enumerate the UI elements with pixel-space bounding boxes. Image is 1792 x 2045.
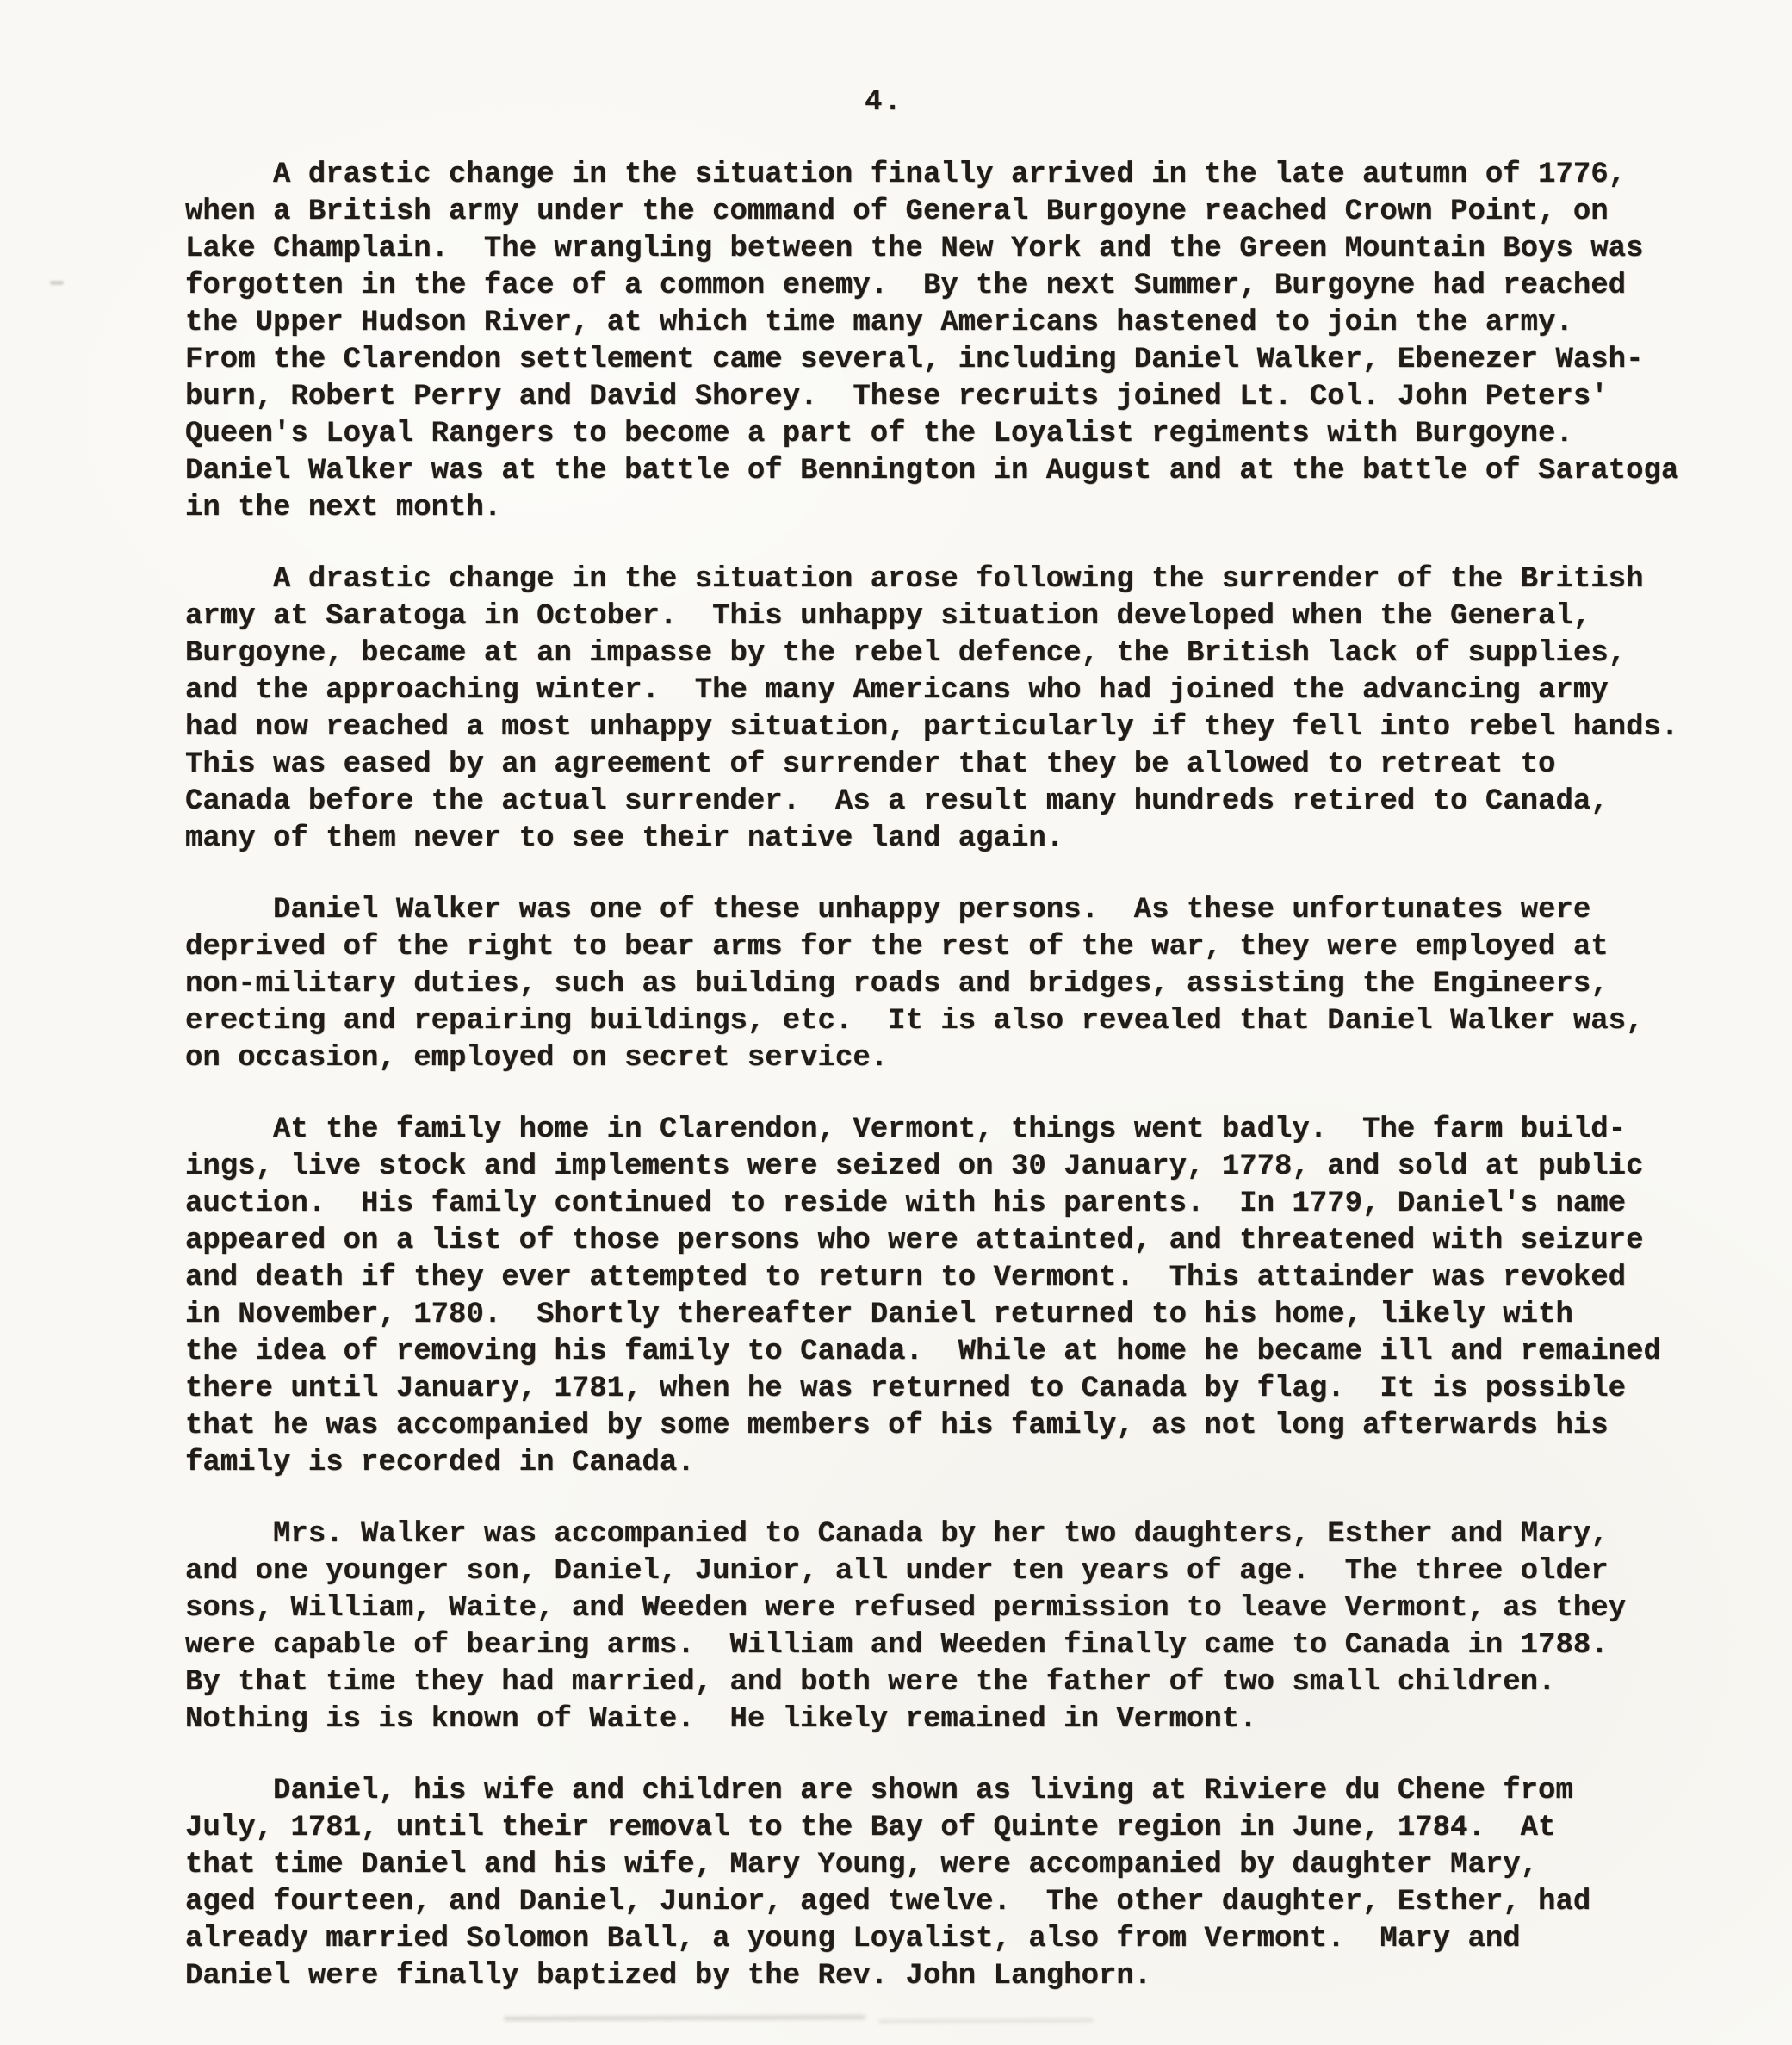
- text-line: deprived of the right to bear arms for t…: [185, 929, 1727, 966]
- text-line: that time Daniel and his wife, Mary Youn…: [185, 1847, 1727, 1884]
- text-line: the idea of removing his family to Canad…: [185, 1334, 1727, 1371]
- text-line: forgotten in the face of a common enemy.…: [185, 268, 1727, 305]
- text-line: there until January, 1781, when he was r…: [185, 1371, 1727, 1408]
- text-line: This was eased by an agreement of surren…: [185, 747, 1727, 784]
- text-line: that he was accompanied by some members …: [185, 1408, 1727, 1445]
- text-line: auction. His family continued to reside …: [185, 1186, 1727, 1223]
- text-line: already married Solomon Ball, a young Lo…: [185, 1921, 1727, 1958]
- text-line: A drastic change in the situation finall…: [185, 157, 1727, 194]
- text-line: non-military duties, such as building ro…: [185, 966, 1727, 1003]
- document-body: A drastic change in the situation finall…: [185, 157, 1727, 1995]
- text-line: Canada before the actual surrender. As a…: [185, 784, 1727, 821]
- paragraph: Daniel Walker was one of these unhappy p…: [185, 892, 1727, 1077]
- text-line: Nothing is is known of Waite. He likely …: [185, 1701, 1727, 1738]
- text-line: aged fourteen, and Daniel, Junior, aged …: [185, 1884, 1727, 1921]
- text-line: Queen's Loyal Rangers to become a part o…: [185, 416, 1727, 453]
- text-line: Lake Champlain. The wrangling between th…: [185, 231, 1727, 268]
- text-line: July, 1781, until their removal to the B…: [185, 1810, 1727, 1847]
- text-line: and the approaching winter. The many Ame…: [185, 672, 1727, 710]
- text-line: Daniel, his wife and children are shown …: [185, 1773, 1727, 1810]
- text-line: Daniel Walker was one of these unhappy p…: [185, 892, 1727, 929]
- text-line: had now reached a most unhappy situation…: [185, 710, 1727, 747]
- scan-smudge-artifact: [504, 2015, 865, 2021]
- paragraph: A drastic change in the situation finall…: [185, 157, 1727, 527]
- paragraph: A drastic change in the situation arose …: [185, 561, 1727, 858]
- text-line: From the Clarendon settlement came sever…: [185, 342, 1727, 379]
- text-line: ings, live stock and implements were sei…: [185, 1149, 1727, 1186]
- text-line: appeared on a list of those persons who …: [185, 1223, 1727, 1260]
- text-line: and one younger son, Daniel, Junior, all…: [185, 1553, 1727, 1590]
- text-line: were capable of bearing arms. William an…: [185, 1627, 1727, 1664]
- paragraph: At the family home in Clarendon, Vermont…: [185, 1112, 1727, 1482]
- text-line: burn, Robert Perry and David Shorey. The…: [185, 379, 1727, 416]
- text-line: in the next month.: [185, 490, 1727, 527]
- document-page: 4. A drastic change in the situation fin…: [0, 0, 1792, 2045]
- text-line: A drastic change in the situation arose …: [185, 561, 1727, 598]
- text-line: At the family home in Clarendon, Vermont…: [185, 1112, 1727, 1149]
- text-line: sons, William, Waite, and Weeden were re…: [185, 1590, 1727, 1627]
- text-line: Daniel were finally baptized by the Rev.…: [185, 1958, 1727, 1995]
- text-line: Daniel Walker was at the battle of Benni…: [185, 453, 1727, 490]
- scan-speck-artifact: [50, 281, 64, 285]
- text-line: Burgoyne, became at an impasse by the re…: [185, 635, 1727, 672]
- scan-smudge-artifact: [878, 2018, 1094, 2023]
- text-line: erecting and repairing buildings, etc. I…: [185, 1003, 1727, 1040]
- text-line: and death if they ever attempted to retu…: [185, 1260, 1727, 1297]
- text-line: family is recorded in Canada.: [185, 1445, 1727, 1482]
- paragraph: Daniel, his wife and children are shown …: [185, 1773, 1727, 1995]
- text-line: many of them never to see their native l…: [185, 821, 1727, 858]
- text-line: the Upper Hudson River, at which time ma…: [185, 305, 1727, 342]
- text-line: army at Saratoga in October. This unhapp…: [185, 598, 1727, 635]
- text-line: By that time they had married, and both …: [185, 1664, 1727, 1701]
- paragraph: Mrs. Walker was accompanied to Canada by…: [185, 1516, 1727, 1738]
- text-line: in November, 1780. Shortly thereafter Da…: [185, 1297, 1727, 1334]
- text-line: when a British army under the command of…: [185, 194, 1727, 231]
- text-line: Mrs. Walker was accompanied to Canada by…: [185, 1516, 1727, 1553]
- text-line: on occasion, employed on secret service.: [185, 1040, 1727, 1077]
- page-number: 4.: [865, 86, 903, 119]
